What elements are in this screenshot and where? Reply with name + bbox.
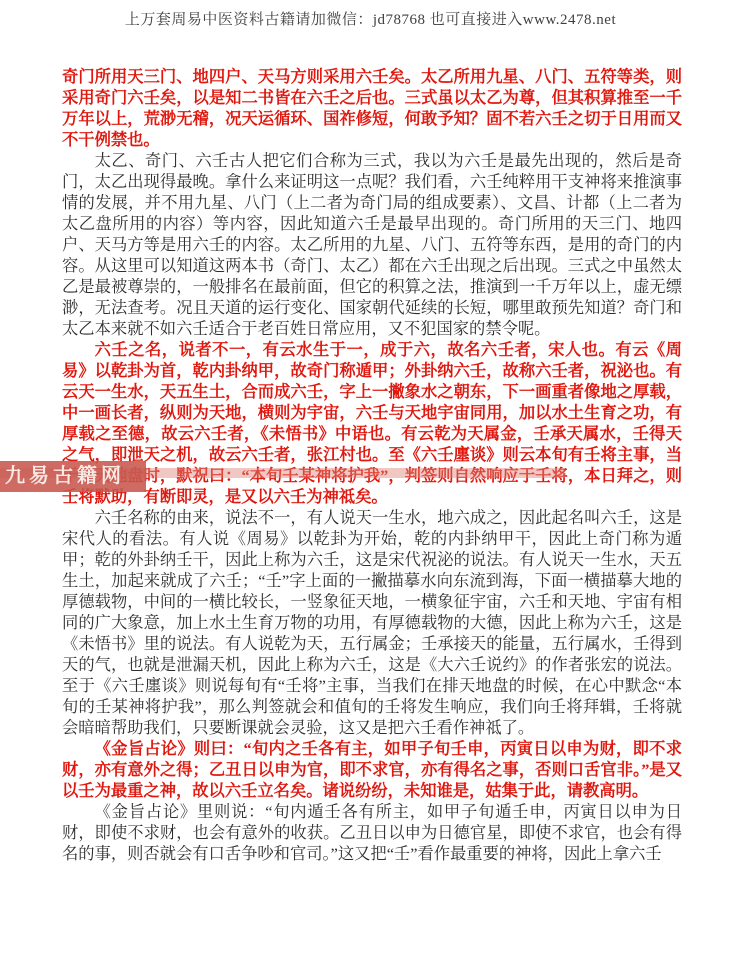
paragraph: 六壬名称的由来，说法不一，有人说天一生水，地六成之，因此起名叫六壬，这是宋代人的… [62,507,682,738]
watermark-band: 九易古籍网 [0,461,146,492]
paragraph: 奇门所用天三门、地四户、天马方则采用六壬矣。太乙所用九星、八门、五符等类，则采用… [62,66,682,150]
paragraph: 六壬之名，说者不一，有云水生于一，成于六，故名六壬者，宋人也。有云《周易》以乾卦… [62,339,682,507]
document-body: 奇门所用天三门、地四户、天马方则采用六壬矣。太乙所用九星、八门、五符等类，则采用… [62,66,682,864]
paragraph: 太乙、奇门、六壬古人把它们合称为三式，我以为六壬是最先出现的，然后是奇门，太乙出… [62,150,682,339]
document-page: 上万套周易中医资料古籍请加微信：jd78768 也可直接进入www.2478.n… [0,0,741,960]
paragraph: 《金旨占论》里则说：“旬内遁壬各有所主，如甲子旬遁壬申，丙寅日以申为日财，即使不… [62,801,682,864]
paragraph: 《金旨占论》则曰：“旬内之壬各有主，如甲子旬壬申，丙寅日以申为财，即不求财，亦有… [62,738,682,801]
header-promo-text: 上万套周易中医资料古籍请加微信：jd78768 也可直接进入www.2478.n… [0,8,741,29]
watermark-text: 九易古籍网 [5,465,125,487]
